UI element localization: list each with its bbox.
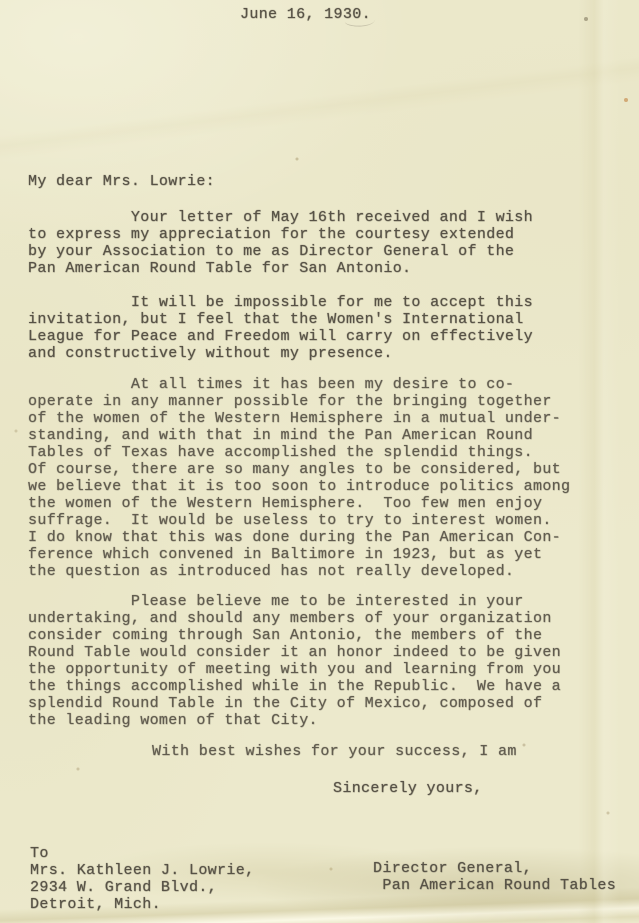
- paragraph-1: Your letter of May 16th received and I w…: [28, 209, 533, 277]
- pen-mark: [344, 12, 375, 28]
- paragraph-3: At all times it has been my desire to co…: [28, 376, 570, 580]
- salutation: My dear Mrs. Lowrie:: [28, 173, 215, 190]
- paragraph-2: It will be impossible for me to accept t…: [28, 294, 533, 362]
- closing-line: With best wishes for your success, I am: [152, 743, 517, 760]
- signoff-line: Sincerely yours,: [333, 780, 483, 797]
- recipient-address: To Mrs. Kathleen J. Lowrie, 2934 W. Gran…: [30, 845, 254, 913]
- letter-page: June 16, 1930. My dear Mrs. Lowrie: Your…: [0, 0, 639, 923]
- paper-specks: [0, 0, 2, 2]
- paragraph-4: Please believe me to be interested in yo…: [28, 593, 561, 729]
- sender-title: Director General, Pan American Round Tab…: [373, 860, 616, 894]
